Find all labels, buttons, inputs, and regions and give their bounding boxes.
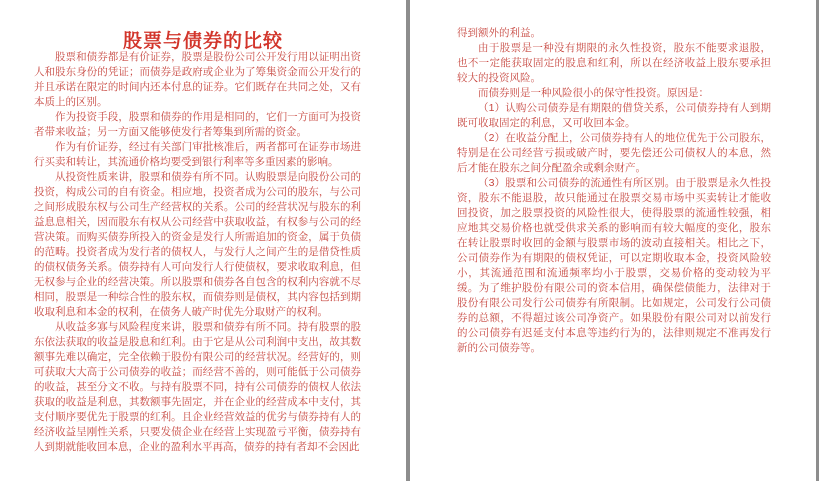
right-page: 得到额外的利益。 由于股票是一种没有期限的永久性投资，股东不能要求退股，也不一定…	[410, 0, 816, 481]
book-spread: 股票与债券的比较 股票和债券都是有价证券，股票是股份公司公开发行用以证明出资人和…	[0, 0, 820, 481]
paragraph: 作为有价证券，经过有关部门审批核准后，两者都可在证券市场进行买卖和转让，其流通价…	[34, 140, 361, 170]
paragraph: （3）股票和公司债券的流通性有所区别。由于股票是永久性投资，股东不能退股，故只能…	[457, 176, 771, 356]
left-page: 股票与债券的比较 股票和债券都是有价证券，股票是股份公司公开发行用以证明出资人和…	[0, 0, 406, 481]
page-title: 股票与债券的比较	[0, 26, 406, 53]
paragraph: 得到额外的利益。	[457, 26, 771, 41]
left-page-body: 股票和债券都是有价证券，股票是股份公司公开发行用以证明出资人和股东身份的凭证；而…	[34, 50, 361, 455]
paragraph: 股票和债券都是有价证券，股票是股份公司公开发行用以证明出资人和股东身份的凭证；而…	[34, 50, 361, 110]
paragraph: 作为投资手段，股票和债券的作用是相同的，它们一方面可为投资者带来收益；另一方面又…	[34, 110, 361, 140]
right-page-body: 得到额外的利益。 由于股票是一种没有期限的永久性投资，股东不能要求退股，也不一定…	[457, 26, 771, 356]
paragraph: （2）在收益分配上，公司债券持有人的地位优先于公司股东，特别是在公司经营亏损或破…	[457, 131, 771, 176]
paragraph: 而债券则是一种风险很小的保守性投资。原因是：	[457, 86, 771, 101]
paragraph: 从收益多寡与风险程度来讲，股票和债券有所不同。持有股票的股东依法获取的收益是股息…	[34, 320, 361, 455]
right-page-edge-line	[816, 0, 819, 481]
paragraph: （1）认购公司债券是有期限的借贷关系，公司债券持有人到期既可收取固定的利息，又可…	[457, 101, 771, 131]
paragraph: 从投资性质来讲，股票和债券有所不同。认购股票是向股份公司的投资，构成公司的自有资…	[34, 170, 361, 320]
paragraph: 由于股票是一种没有期限的永久性投资，股东不能要求退股，也不一定能获取固定的股息和…	[457, 41, 771, 86]
